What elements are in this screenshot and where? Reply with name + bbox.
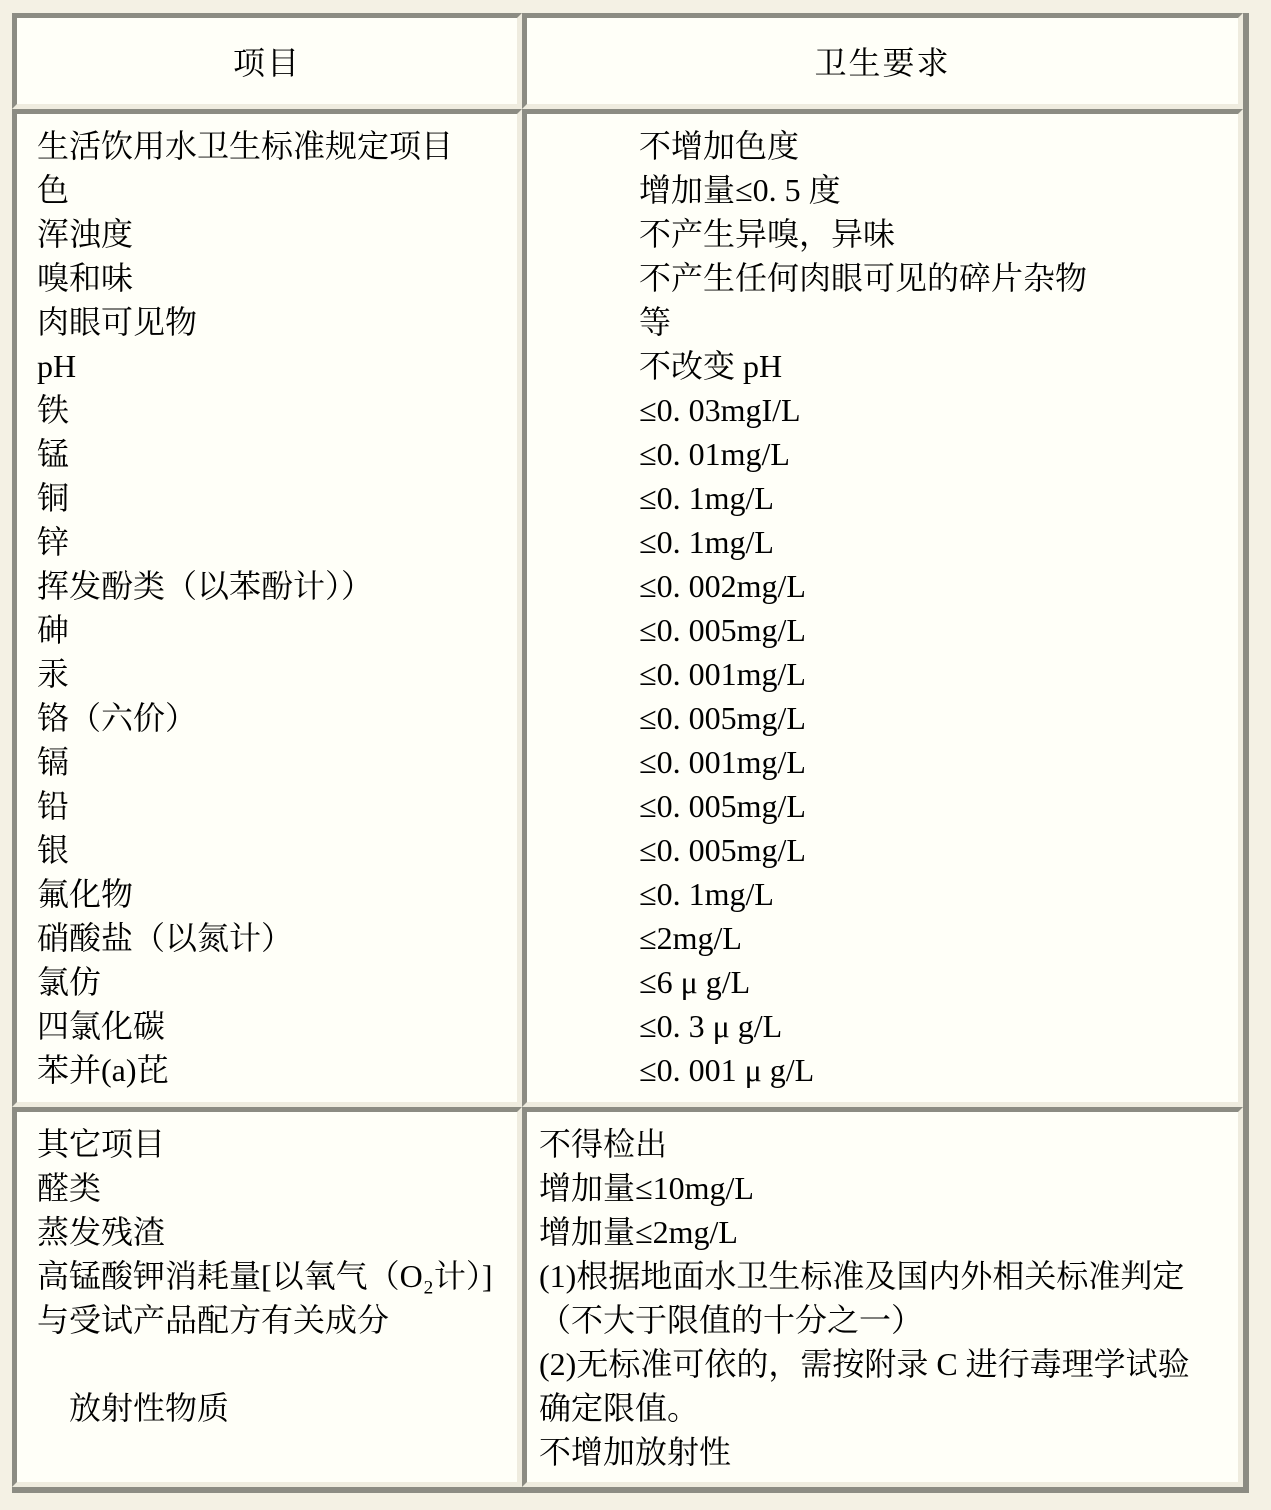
item-line: 锌: [37, 520, 517, 564]
item-line: 铜: [37, 476, 517, 520]
item-line: 铬（六价）: [37, 696, 517, 740]
item-line: 砷: [37, 608, 517, 652]
item-line: 铅: [37, 784, 517, 828]
requirement-line: ≤0. 001 μ g/L: [639, 1048, 1238, 1092]
table-header-row: 项目 卫生要求: [12, 13, 1243, 109]
item-line: 苯并(a)芘: [37, 1048, 517, 1092]
item-line: pH: [37, 344, 517, 388]
requirement-line: ≤0. 005mg/L: [639, 696, 1238, 740]
requirement-line: ≤0. 03mgI/L: [639, 388, 1238, 432]
header-requirement-label: 卫生要求: [814, 45, 950, 81]
item-line: 浑浊度: [37, 212, 517, 256]
requirement-line: 不增加放射性: [539, 1430, 1238, 1474]
requirement-line: 不改变 pH: [639, 344, 1238, 388]
requirement-line: 不得检出: [539, 1122, 1238, 1166]
requirement-line: 确定限值。: [539, 1386, 1238, 1430]
requirements-cell-section1: 不增加色度增加量≤0. 5 度不产生异嗅，异味不产生任何肉眼可见的碎片杂物等不改…: [522, 109, 1243, 1107]
requirement-line: 增加量≤2mg/L: [539, 1210, 1238, 1254]
requirement-line: 不产生异嗅，异味: [639, 212, 1238, 256]
item-line: 其它项目: [37, 1122, 517, 1166]
item-line: [37, 1342, 517, 1386]
item-line: 硝酸盐（以氮计）: [37, 916, 517, 960]
requirement-line: (1)根据地面水卫生标准及国内外相关标准判定: [539, 1254, 1238, 1298]
item-line: 氟化物: [37, 872, 517, 916]
requirement-line: 不增加色度: [639, 124, 1238, 168]
item-line: 锰: [37, 432, 517, 476]
requirement-line: (2)无标准可依的，需按附录 C 进行毒理学试验: [539, 1342, 1238, 1386]
item-line: 醛类: [37, 1166, 517, 1210]
requirement-line: 增加量≤0. 5 度: [639, 168, 1238, 212]
item-line: 镉: [37, 740, 517, 784]
requirement-line: ≤0. 002mg/L: [639, 564, 1238, 608]
item-line: 挥发酚类（以苯酚计））: [37, 564, 517, 608]
requirement-line: ≤0. 3 μ g/L: [639, 1004, 1238, 1048]
requirement-line: ≤0. 001mg/L: [639, 740, 1238, 784]
item-line: 银: [37, 828, 517, 872]
requirement-line: ≤0. 1mg/L: [639, 476, 1238, 520]
requirement-line: ≤6 μ g/L: [639, 960, 1238, 1004]
item-line: 肉眼可见物: [37, 300, 517, 344]
item-line: 四氯化碳: [37, 1004, 517, 1048]
requirement-line: 等: [639, 300, 1238, 344]
header-requirement-column: 卫生要求: [522, 13, 1243, 109]
requirement-line: ≤0. 01mg/L: [639, 432, 1238, 476]
requirement-line: ≤0. 005mg/L: [639, 828, 1238, 872]
header-item-column: 项目: [12, 13, 522, 109]
requirement-line: ≤0. 1mg/L: [639, 520, 1238, 564]
table-body-row-other-items: 其它项目醛类蒸发残渣高锰酸钾消耗量[以氧气（O₂计）]与受试产品配方有关成分 放…: [12, 1107, 1243, 1487]
requirement-line: 增加量≤10mg/L: [539, 1166, 1238, 1210]
requirement-line: ≤0. 001mg/L: [639, 652, 1238, 696]
hygiene-requirements-table: 项目 卫生要求 生活饮用水卫生标准规定项目色浑浊度嗅和味肉眼可见物pH铁锰铜锌挥…: [12, 13, 1249, 1493]
items-cell-section2: 其它项目醛类蒸发残渣高锰酸钾消耗量[以氧气（O₂计）]与受试产品配方有关成分 放…: [12, 1107, 522, 1487]
header-item-label: 项目: [233, 45, 301, 81]
requirement-line: （不大于限值的十分之一）: [539, 1298, 1238, 1342]
item-line: 铁: [37, 388, 517, 432]
requirement-line: ≤0. 1mg/L: [639, 872, 1238, 916]
item-line: 放射性物质: [37, 1386, 517, 1430]
item-line: 氯仿: [37, 960, 517, 1004]
item-line: 色: [37, 168, 517, 212]
requirement-line: 不产生任何肉眼可见的碎片杂物: [639, 256, 1238, 300]
item-line: 高锰酸钾消耗量[以氧气（O₂计）]: [37, 1254, 517, 1298]
table-body-row-standard-items: 生活饮用水卫生标准规定项目色浑浊度嗅和味肉眼可见物pH铁锰铜锌挥发酚类（以苯酚计…: [12, 109, 1243, 1107]
items-cell-section1: 生活饮用水卫生标准规定项目色浑浊度嗅和味肉眼可见物pH铁锰铜锌挥发酚类（以苯酚计…: [12, 109, 522, 1107]
item-line: 嗅和味: [37, 256, 517, 300]
requirement-line: ≤2mg/L: [639, 916, 1238, 960]
requirements-cell-section2: 不得检出增加量≤10mg/L增加量≤2mg/L(1)根据地面水卫生标准及国内外相…: [522, 1107, 1243, 1487]
requirement-line: ≤0. 005mg/L: [639, 608, 1238, 652]
item-line: 生活饮用水卫生标准规定项目: [37, 124, 517, 168]
requirement-line: ≤0. 005mg/L: [639, 784, 1238, 828]
item-line: 与受试产品配方有关成分: [37, 1298, 517, 1342]
item-line: 汞: [37, 652, 517, 696]
item-line: 蒸发残渣: [37, 1210, 517, 1254]
